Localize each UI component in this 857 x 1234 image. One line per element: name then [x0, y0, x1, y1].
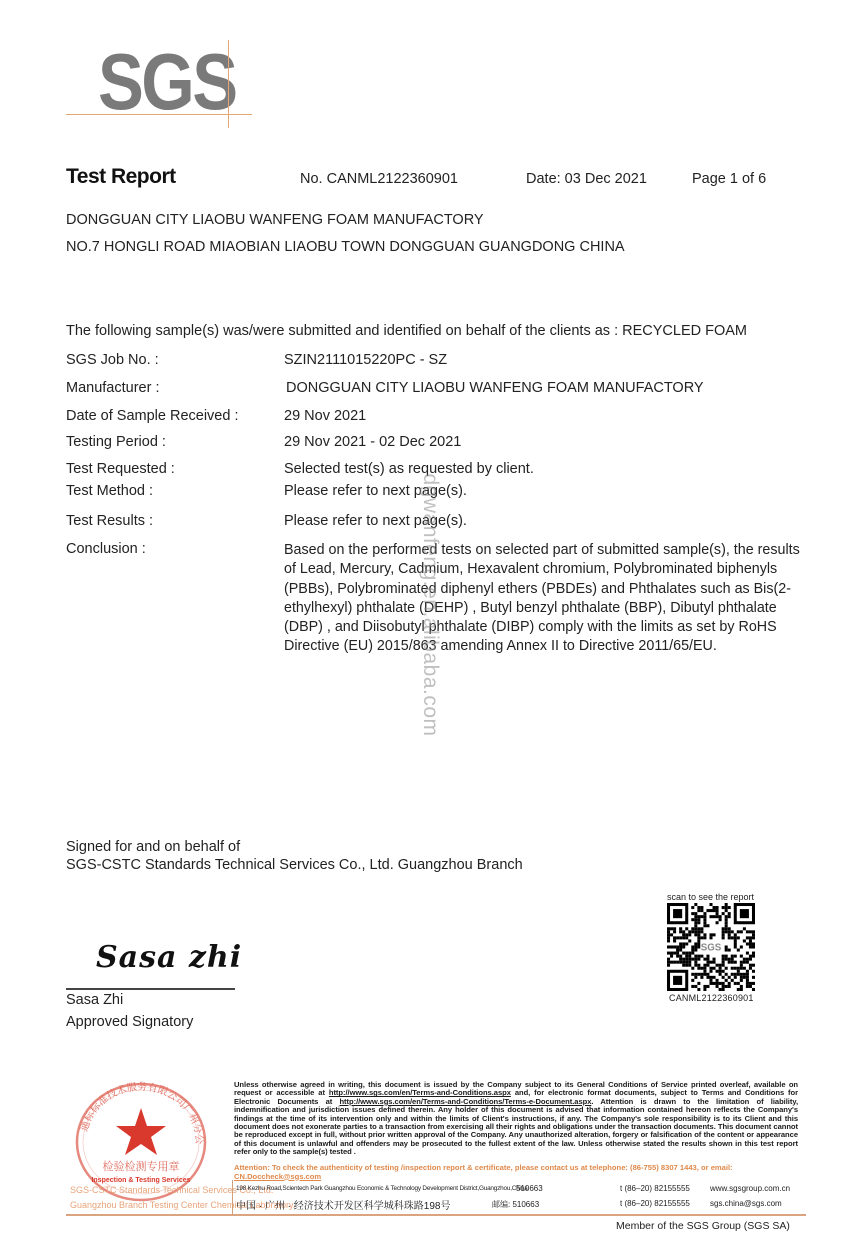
contact-address-en: 198 Kezhu Road,Scientech Park Guangzhou …	[236, 1185, 527, 1192]
watermark: dgwanfeng.en.alibaba.com	[418, 440, 442, 770]
doccheck-email-link[interactable]: CN.Doccheck@sgs.com	[234, 1172, 321, 1181]
watermark-text: dgwanfeng.en.alibaba.com	[418, 473, 442, 736]
qr-report-id: CANML2122360901	[669, 993, 754, 1003]
field-value-date-received: 29 Nov 2021	[284, 408, 366, 424]
stamp-center-en: Inspection & Testing Services	[91, 1177, 190, 1184]
sgs-logo: SGS	[98, 46, 236, 118]
legal-disclaimer: Unless otherwise agreed in writing, this…	[234, 1081, 798, 1157]
field-value-manufacturer: DONGGUAN CITY LIAOBU WANFENG FOAM MANUFA…	[286, 380, 704, 396]
signed-block: Signed for and on behalf of SGS-CSTC Sta…	[66, 838, 523, 874]
field-label-testing-period: Testing Period :	[66, 434, 166, 450]
contact-email[interactable]: sgs.china@sgs.com	[710, 1199, 782, 1208]
field-label-job-no: SGS Job No. :	[66, 352, 159, 368]
footer-divider	[66, 1214, 806, 1216]
field-value-conclusion: Based on the performed tests on selected…	[284, 541, 814, 657]
signer-name: Sasa Zhi	[66, 992, 123, 1008]
client-name: DONGGUAN CITY LIAOBU WANFENG FOAM MANUFA…	[66, 212, 484, 228]
contact-postcode-en: 510663	[516, 1184, 543, 1193]
contact-divider	[232, 1180, 233, 1214]
contact-phone-1: t (86–20) 82155555	[620, 1184, 690, 1193]
sgs-member-note: Member of the SGS Group (SGS SA)	[616, 1220, 790, 1232]
signer-role: Approved Signatory	[66, 1014, 193, 1030]
report-title: Test Report	[66, 165, 176, 189]
qr-code-icon[interactable]: SGS	[667, 903, 755, 991]
field-value-test-requested: Selected test(s) as requested by client.	[284, 461, 534, 477]
signature-line	[66, 988, 235, 990]
field-label-test-requested: Test Requested :	[66, 461, 175, 477]
page-indicator: Page 1 of 6	[692, 171, 766, 187]
contact-website[interactable]: www.sgsgroup.com.cn	[710, 1184, 790, 1193]
report-number: No. CANML2122360901	[300, 171, 458, 187]
signed-line-1: Signed for and on behalf of	[66, 838, 523, 856]
contact-postcode-cn: 邮编: 510663	[492, 1199, 539, 1210]
report-date: Date: 03 Dec 2021	[526, 171, 647, 187]
signature: Sasa zhi	[96, 940, 242, 975]
stamp-center-cn: 检验检测专用章	[103, 1159, 180, 1173]
authenticity-notice: Attention: To check the authenticity of …	[234, 1164, 804, 1181]
field-label-date-received: Date of Sample Received :	[66, 408, 238, 424]
contact-phone-2: t (86–20) 82155555	[620, 1199, 690, 1208]
field-value-job-no: SZIN2111015220PC - SZ	[284, 352, 447, 368]
svg-text:SGS: SGS	[701, 942, 722, 953]
sample-intro: The following sample(s) was/were submitt…	[66, 323, 747, 339]
client-address: NO.7 HONGLI ROAD MIAOBIAN LIAOBU TOWN DO…	[66, 239, 625, 255]
field-label-manufacturer: Manufacturer :	[66, 380, 160, 396]
legal-text-3: . Attention is drawn to the limitation o…	[234, 1097, 798, 1156]
qr-caption: scan to see the report	[667, 892, 754, 902]
field-label-test-results: Test Results :	[66, 513, 153, 529]
signed-line-2: SGS-CSTC Standards Technical Services Co…	[66, 856, 523, 874]
field-label-test-method: Test Method :	[66, 483, 153, 499]
logo-accent-vertical	[228, 40, 229, 128]
contact-address-cn: 中国 · 广州 · 经济技术开发区科学城科珠路198号	[236, 1197, 450, 1212]
field-label-conclusion: Conclusion :	[66, 541, 146, 557]
logo-accent-horizontal	[66, 114, 252, 115]
